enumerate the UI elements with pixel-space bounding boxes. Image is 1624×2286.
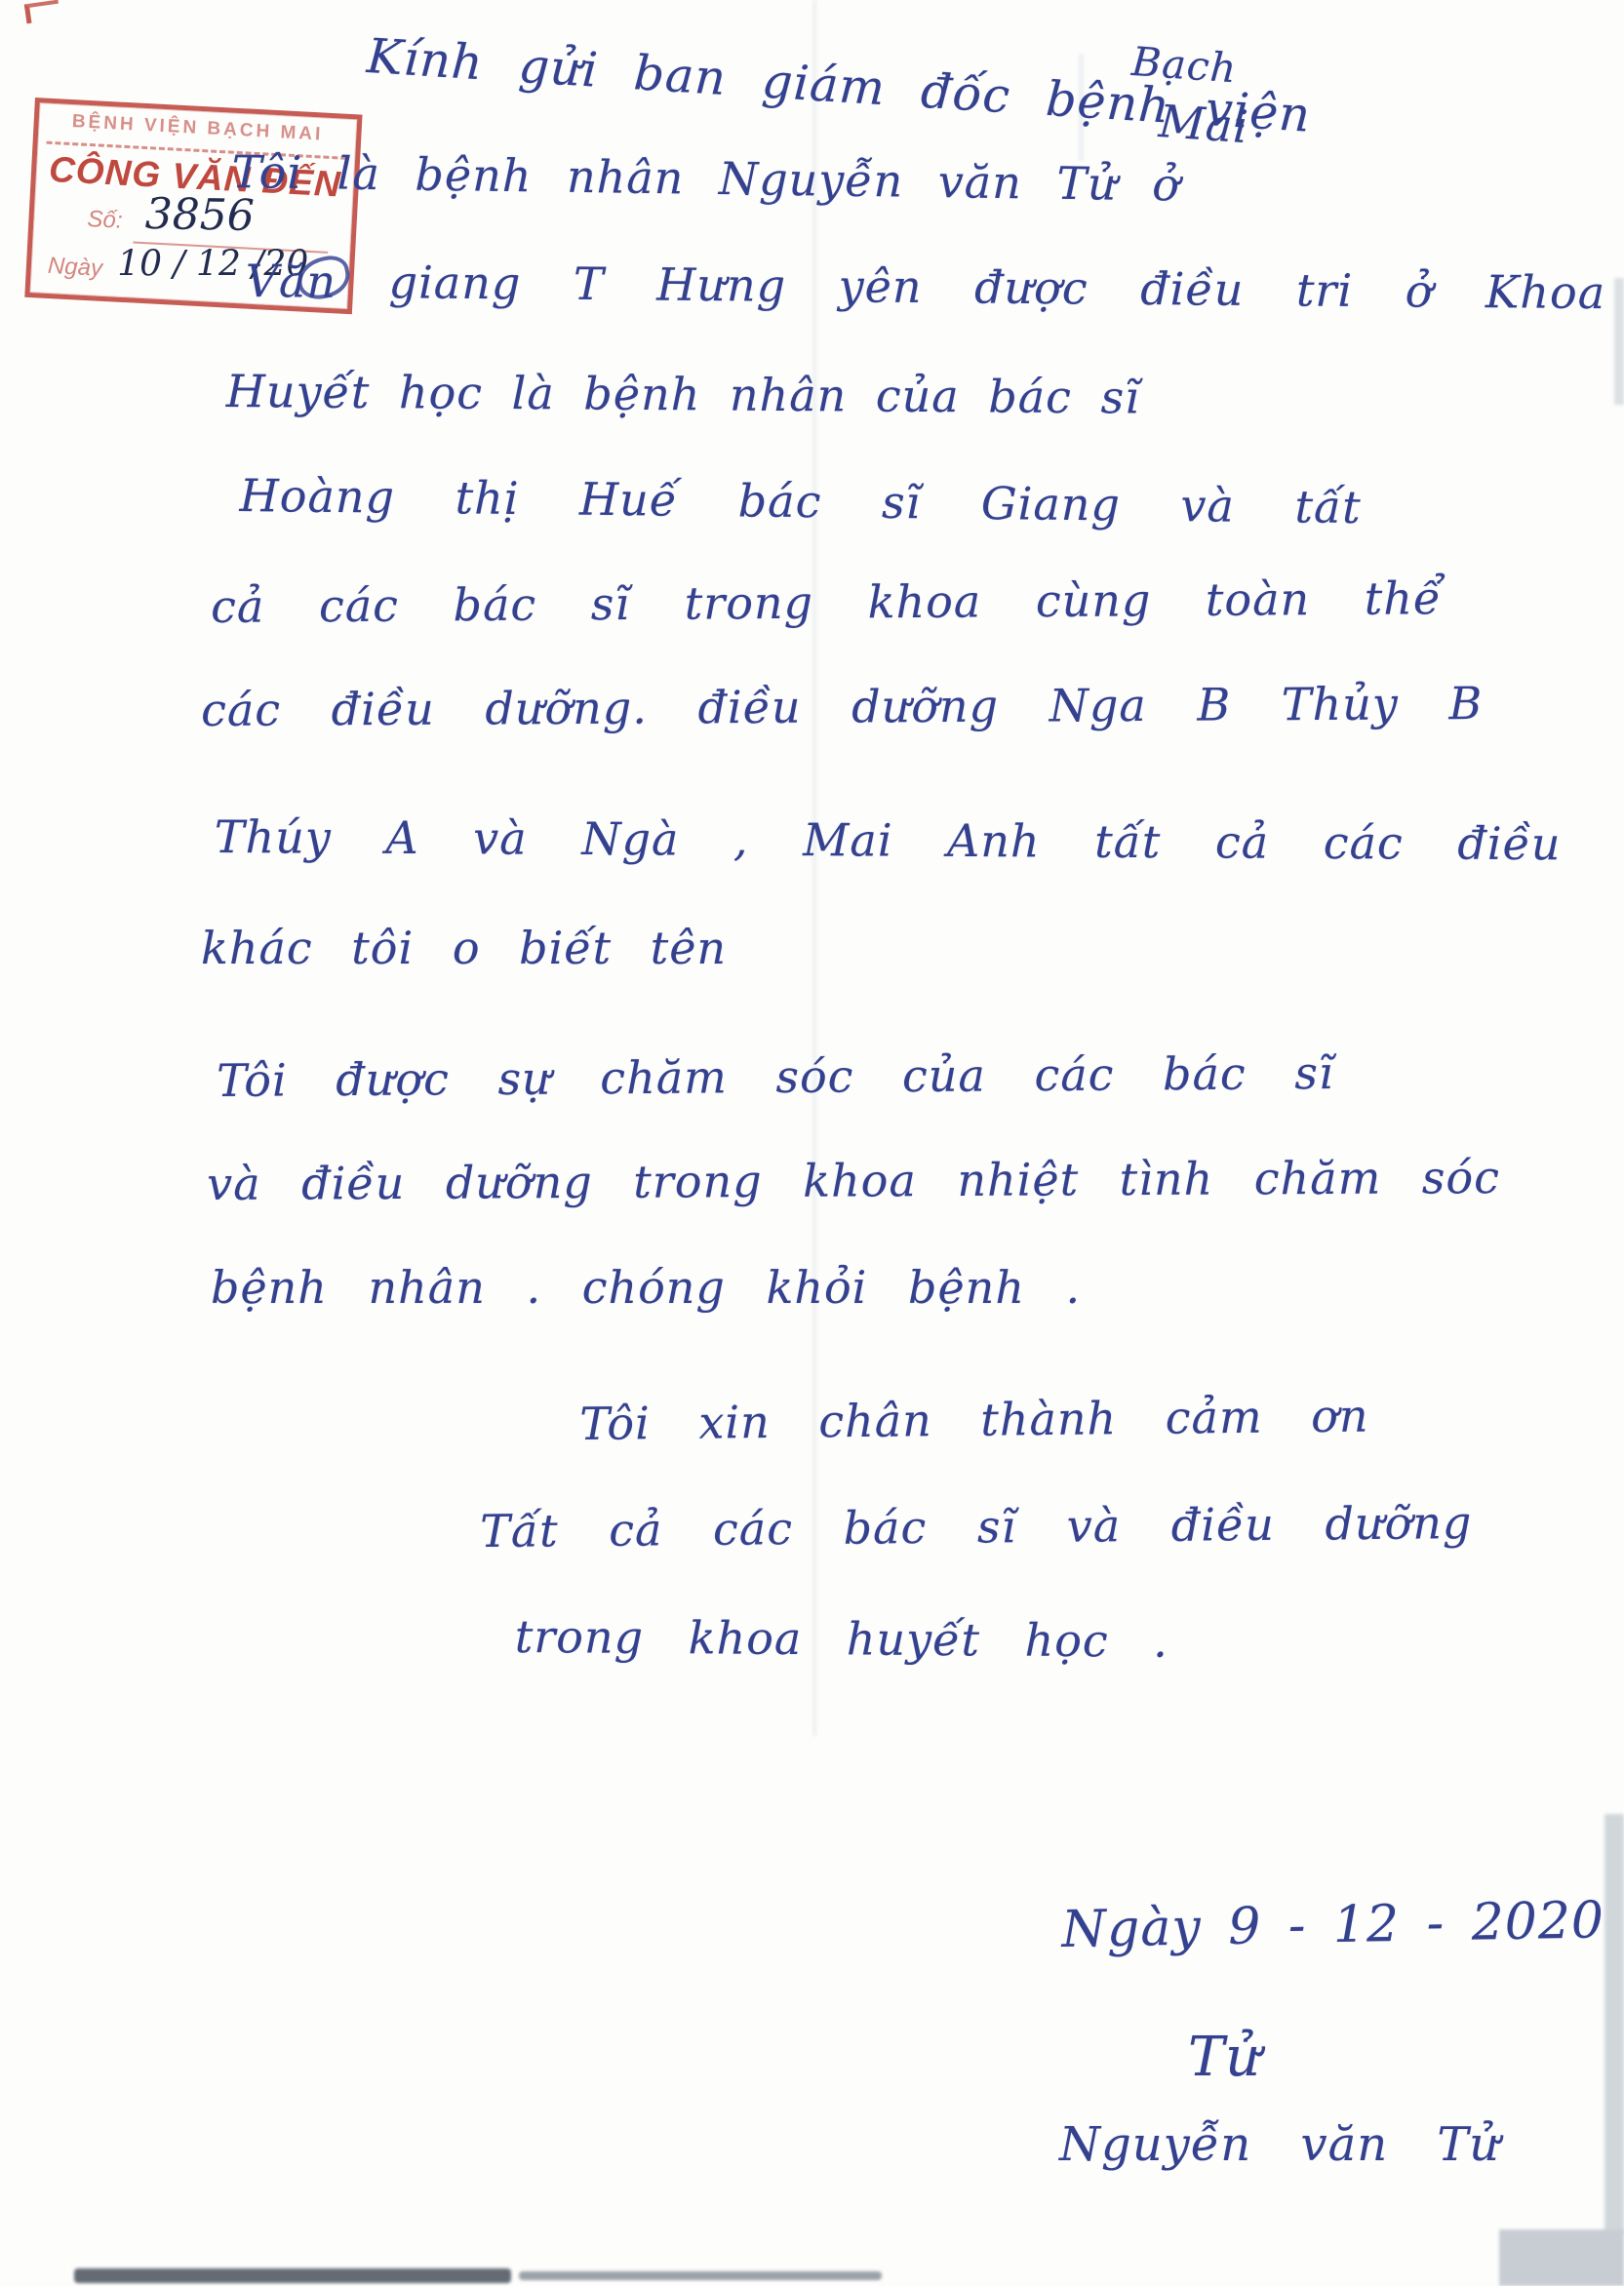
scan-bottom-bar [519,2271,882,2280]
scan-edge-shadow [1614,278,1624,405]
signed-name: Nguyễn văn Tử [1059,2118,1500,2172]
letter-line: cả các bác sĩ trong khoa cùng toàn thể [211,572,1442,633]
letter-line: Thúy A và Ngà , Mai Anh tất cả các điều [215,811,1562,870]
stamp-number-label: Số: [87,206,123,235]
scan-edge-shadow [1604,1814,1624,2233]
signature: Tử [1188,2027,1261,2089]
date-line: Ngày 9 - 12 - 2020 [1061,1892,1605,1960]
letter-line: Tôi được sự chăm sóc của các bác sĩ [217,1047,1334,1107]
scan-bottom-bar [74,2268,511,2283]
letter-line: trong khoa huyết học . [515,1611,1168,1668]
letter-line: Tôi là bệnh nhân Nguyễn văn Tử ở [231,146,1180,211]
salutation-word-mai: Mai [1157,96,1250,153]
letter-line: bệnh nhân . chóng khỏi bệnh . [211,1262,1081,1314]
letter-line: Tôi xin chân thành cảm ơn [579,1391,1369,1450]
letter-line: các điều dưỡng. điều dưỡng Nga B Thủy B [201,678,1483,736]
salutation-word-bach: Bạch [1130,39,1239,93]
letter-line: và điều dưỡng trong khoa nhiệt tình chăm… [207,1152,1500,1210]
letter-line: Văn giang T Hưng yên được điều tri ở Kho… [246,256,1606,319]
letter-line: Huyết học là bệnh nhân của bác sĩ [226,366,1140,423]
scan-corner-shadow [1499,2229,1624,2286]
stamp-date-label: Ngày [47,253,102,283]
letter-line: Hoàng thị Huế bác sĩ Giang và tất [239,470,1362,533]
scanned-letter-page: BỆNH VIỆN BẠCH MAI CÔNG VĂN ĐẾN Số: 3856… [0,0,1624,2286]
red-corner-mark [24,0,60,23]
letter-line: Tất cả các bác sĩ và điều dưỡng [480,1497,1473,1557]
letter-line: khác tôi o biết tên [201,923,727,974]
